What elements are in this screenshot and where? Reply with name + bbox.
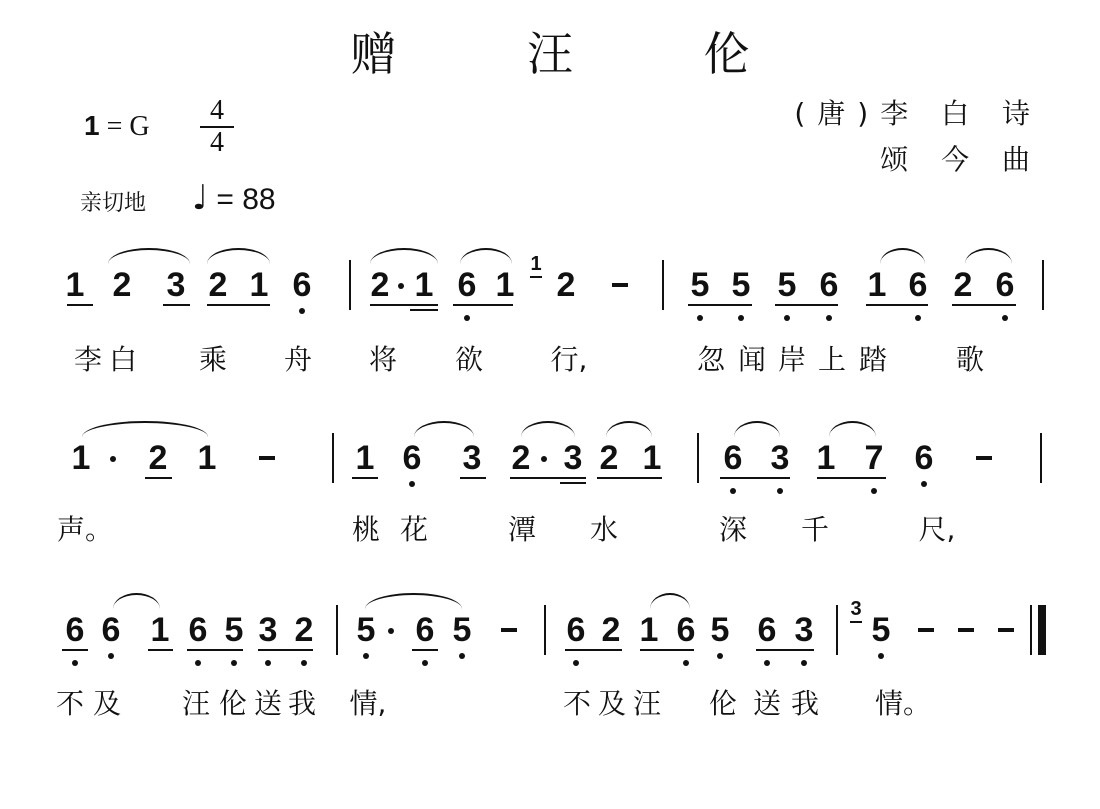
note: 1 [862,268,892,302]
extension-dash [612,283,628,287]
low-octave-dot [915,315,921,321]
barline [544,605,546,655]
slur [829,421,876,437]
note: 2 [203,268,233,302]
key-signature: 1 = G [84,110,150,143]
note: 5 [447,613,477,647]
lyric-char: 岸 [778,344,806,376]
note: 6 [183,613,213,647]
lyric-char: 李 [74,344,102,376]
low-octave-dot [871,488,877,494]
lyric-char: 潭 [508,514,536,546]
note: 3 [765,441,795,475]
lyric-char: 我 [791,688,819,720]
low-octave-dot [921,481,927,487]
lyric-char: 及 [93,688,121,720]
barline [836,605,838,655]
low-octave-dot [301,660,307,666]
low-octave-dot [265,660,271,666]
eighth-underline [597,477,662,479]
lyric-char: 舟 [284,344,312,376]
barline [1040,433,1042,483]
slur [606,421,652,437]
note: 3 [558,441,588,475]
lyric-char: 送 [753,688,781,720]
lyric-char: 白 [109,344,137,376]
quarter-note-icon: ♩ [192,178,208,218]
note: 6 [96,613,126,647]
eighth-underline [640,649,694,651]
lyric-char: 歌 [956,344,984,376]
eighth-underline [412,649,438,651]
note: 6 [287,268,317,302]
note: 2 [289,613,319,647]
lyric-char: 千 [801,514,829,546]
low-octave-dot [826,315,832,321]
note: 2 [107,268,137,302]
note: 1 [145,613,175,647]
note: 3 [457,441,487,475]
eighth-underline [258,649,313,651]
tempo-value: = 88 [216,183,275,216]
lyric-char: 将 [369,344,397,376]
note: 5 [351,613,381,647]
note: 1 [244,268,274,302]
low-octave-dot [878,653,884,659]
slur [113,593,160,609]
lyric-char: 忽 [697,344,725,376]
note: 2 [506,441,536,475]
grace-mark [530,276,542,286]
slur [650,593,690,609]
low-octave-dot [573,660,579,666]
eighth-underline [370,304,438,306]
low-octave-dot [409,481,415,487]
note: 2 [143,441,173,475]
lyric-char: 及 [598,688,626,720]
lyric-char: 声。 [57,514,113,546]
low-octave-dot [764,660,770,666]
note: 5 [705,613,735,647]
song-title: 赠 汪 伦 [0,18,1100,84]
note: 3 [789,613,819,647]
low-octave-dot [299,308,305,314]
note: 1 [811,441,841,475]
note: 1 [637,441,667,475]
note: 6 [410,613,440,647]
note: 1 [409,268,439,302]
note: 2 [594,441,624,475]
note: 5 [866,613,896,647]
slur [734,421,780,437]
slur [414,421,474,437]
eighth-underline [62,649,88,651]
lyric-char: 汪 [182,688,210,720]
lyric-char: 深 [719,514,747,546]
low-octave-dot [801,660,807,666]
note: 1 [634,613,664,647]
note: 3 [253,613,283,647]
augmentation-dot [398,283,404,289]
barline [1042,260,1044,310]
key-tonic: 1 [84,110,100,141]
slur [207,248,270,264]
lyric-char: 尺, [919,514,956,546]
note: 1 [490,268,520,302]
note: 7 [859,441,889,475]
extension-dash [976,456,992,460]
eighth-underline [720,477,790,479]
eighth-underline [187,649,243,651]
lyric-char: 我 [288,688,316,720]
lyric-char: 花 [400,514,428,546]
lyric-char: 情。 [875,688,931,720]
lyric-char: 情, [350,688,387,720]
note: 6 [752,613,782,647]
low-octave-dot [1002,315,1008,321]
eighth-underline [460,477,486,479]
note: 6 [671,613,701,647]
note: 6 [903,268,933,302]
eighth-underline [148,649,173,651]
slur [880,248,925,264]
note: 1 [192,441,222,475]
slur [108,248,190,264]
note: 5 [726,268,756,302]
lyric-char: 伦 [709,688,737,720]
note: 2 [948,268,978,302]
barline [336,605,338,655]
low-octave-dot [777,488,783,494]
low-octave-dot [717,653,723,659]
lyric-char: 踏 [859,344,887,376]
sixteenth-underline [560,482,586,484]
eighth-underline [688,304,752,306]
low-octave-dot [72,660,78,666]
barline [662,260,664,310]
lyric-char: 不 [56,688,84,720]
slur [965,248,1012,264]
lyric-char: 伦 [219,688,247,720]
final-barline-thin [1030,605,1032,655]
low-octave-dot [738,315,744,321]
note: 6 [397,441,427,475]
lyric-char: 闻 [738,344,766,376]
eighth-underline [510,477,586,479]
lyric-char: 水 [590,514,618,546]
augmentation-dot [388,628,394,634]
barline [332,433,334,483]
eighth-underline [163,304,190,306]
note: 6 [718,441,748,475]
eighth-underline [866,304,928,306]
note: 6 [990,268,1020,302]
low-octave-dot [683,660,689,666]
note: 5 [772,268,802,302]
low-octave-dot [464,315,470,321]
note: 1 [60,268,90,302]
slur [365,593,462,609]
note: 5 [219,613,249,647]
grace-note: 1 [530,254,541,274]
slur [370,248,438,264]
final-barline-thick [1038,605,1046,655]
barline [349,260,351,310]
eighth-underline [207,304,270,306]
low-octave-dot [363,653,369,659]
augmentation-dot [541,456,547,462]
slur [521,421,575,437]
low-octave-dot [108,653,114,659]
eighth-underline [453,304,513,306]
low-octave-dot [231,660,237,666]
lyric-char: 送 [254,688,282,720]
time-numerator: 4 [200,98,234,124]
augmentation-dot [110,456,116,462]
eighth-underline [756,649,814,651]
lyric-char: 乘 [199,344,227,376]
grace-mark [850,621,862,631]
low-octave-dot [697,315,703,321]
note: 3 [161,268,191,302]
note: 6 [909,441,939,475]
key-note: G [129,111,149,142]
time-denominator: 4 [200,130,234,156]
note: 6 [60,613,90,647]
lyric-char: 行, [551,344,588,376]
note: 1 [66,441,96,475]
extension-dash [958,628,974,632]
sixteenth-underline [410,309,438,311]
eighth-underline [817,477,886,479]
barline [697,433,699,483]
lyric-char: 汪 [633,688,661,720]
low-octave-dot [730,488,736,494]
note: 2 [365,268,395,302]
lyric-char: 不 [563,688,591,720]
low-octave-dot [422,660,428,666]
low-octave-dot [459,653,465,659]
expression-mark: 亲切地 [80,186,146,217]
slur [82,421,208,437]
eighth-underline [565,649,622,651]
note: 2 [551,268,581,302]
note: 5 [685,268,715,302]
note: 6 [452,268,482,302]
eighth-underline [952,304,1016,306]
note: 6 [814,268,844,302]
key-equals: = [107,111,123,142]
lyricist-credit: (唐)李 白 诗 [794,92,1042,132]
lyric-char: 欲 [455,344,483,376]
lyric-char: 桃 [352,514,380,546]
lyric-char: 上 [818,344,846,376]
low-octave-dot [784,315,790,321]
eighth-underline [67,304,93,306]
time-signature: 4 4 [200,98,234,156]
composer-credit: 颂 今 曲 [880,138,1042,178]
extension-dash [998,628,1014,632]
low-octave-dot [195,660,201,666]
extension-dash [501,628,517,632]
note: 1 [350,441,380,475]
extension-dash [918,628,934,632]
note: 2 [596,613,626,647]
slur [460,248,512,264]
tempo-mark: ♩ = 88 [192,178,276,218]
eighth-underline [352,477,378,479]
grace-note: 3 [850,599,861,619]
note: 6 [561,613,591,647]
extension-dash [259,456,275,460]
eighth-underline [775,304,838,306]
eighth-underline [145,477,172,479]
